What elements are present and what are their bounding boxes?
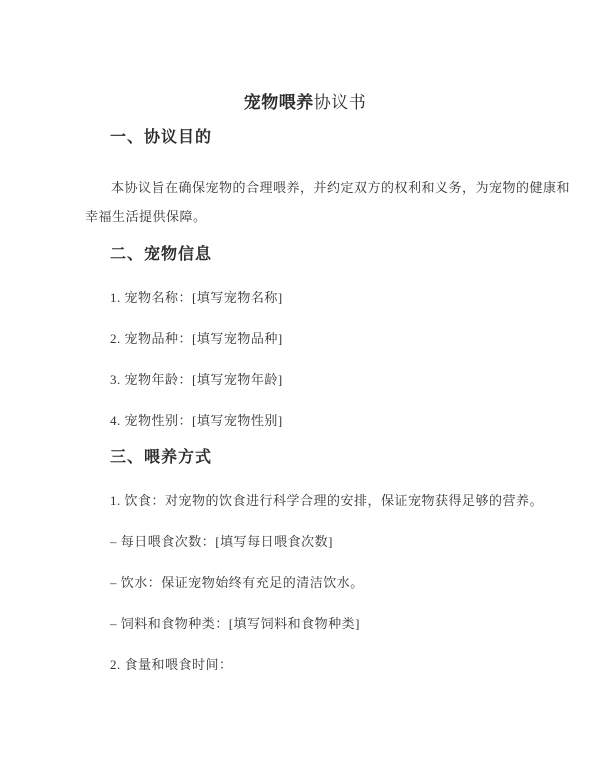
document-title: 宠物喂养协议书 bbox=[85, 0, 525, 113]
daily-feeding-count-item: – 每日喂食次数：[填写每日喂食次数] bbox=[110, 533, 525, 550]
pet-breed-item: 2. 宠物品种：[填写宠物品种] bbox=[110, 330, 525, 347]
section-heading-feeding-method: 三、喂养方式 bbox=[110, 448, 525, 468]
diet-item: 1. 饮食：对宠物的饮食进行科学合理的安排，保证宠物获得足够的营养。 bbox=[110, 492, 525, 509]
pet-name-item: 1. 宠物名称：[填写宠物名称] bbox=[110, 289, 525, 306]
document-title-regular-part: 协议书 bbox=[314, 93, 367, 112]
food-type-item: – 饲料和食物种类：[填写饲料和食物种类] bbox=[110, 615, 525, 632]
purpose-paragraph-line-2: 幸福生活提供保障。 bbox=[85, 202, 525, 231]
section-heading-pet-info: 二、宠物信息 bbox=[110, 245, 525, 265]
document-title-bold-part: 宠物喂养 bbox=[244, 93, 314, 112]
pet-age-item: 3. 宠物年龄：[填写宠物年龄] bbox=[110, 371, 525, 388]
drinking-water-item: – 饮水：保证宠物始终有充足的清洁饮水。 bbox=[110, 574, 525, 591]
document-page: 宠物喂养协议书 一、协议目的 本协议旨在确保宠物的合理喂养，并约定双方的权利和义… bbox=[0, 0, 600, 776]
purpose-paragraph: 本协议旨在确保宠物的合理喂养，并约定双方的权利和义务，为宠物的健康和 幸福生活提… bbox=[85, 173, 525, 231]
feeding-method-list: 1. 饮食：对宠物的饮食进行科学合理的安排，保证宠物获得足够的营养。 – 每日喂… bbox=[85, 492, 525, 673]
purpose-paragraph-line-1: 本协议旨在确保宠物的合理喂养，并约定双方的权利和义务，为宠物的健康和 bbox=[85, 173, 525, 202]
food-amount-time-item: 2. 食量和喂食时间： bbox=[110, 656, 525, 673]
pet-gender-item: 4. 宠物性别：[填写宠物性别] bbox=[110, 412, 525, 429]
section-heading-purpose: 一、协议目的 bbox=[110, 128, 525, 148]
pet-info-list: 1. 宠物名称：[填写宠物名称] 2. 宠物品种：[填写宠物品种] 3. 宠物年… bbox=[85, 289, 525, 429]
